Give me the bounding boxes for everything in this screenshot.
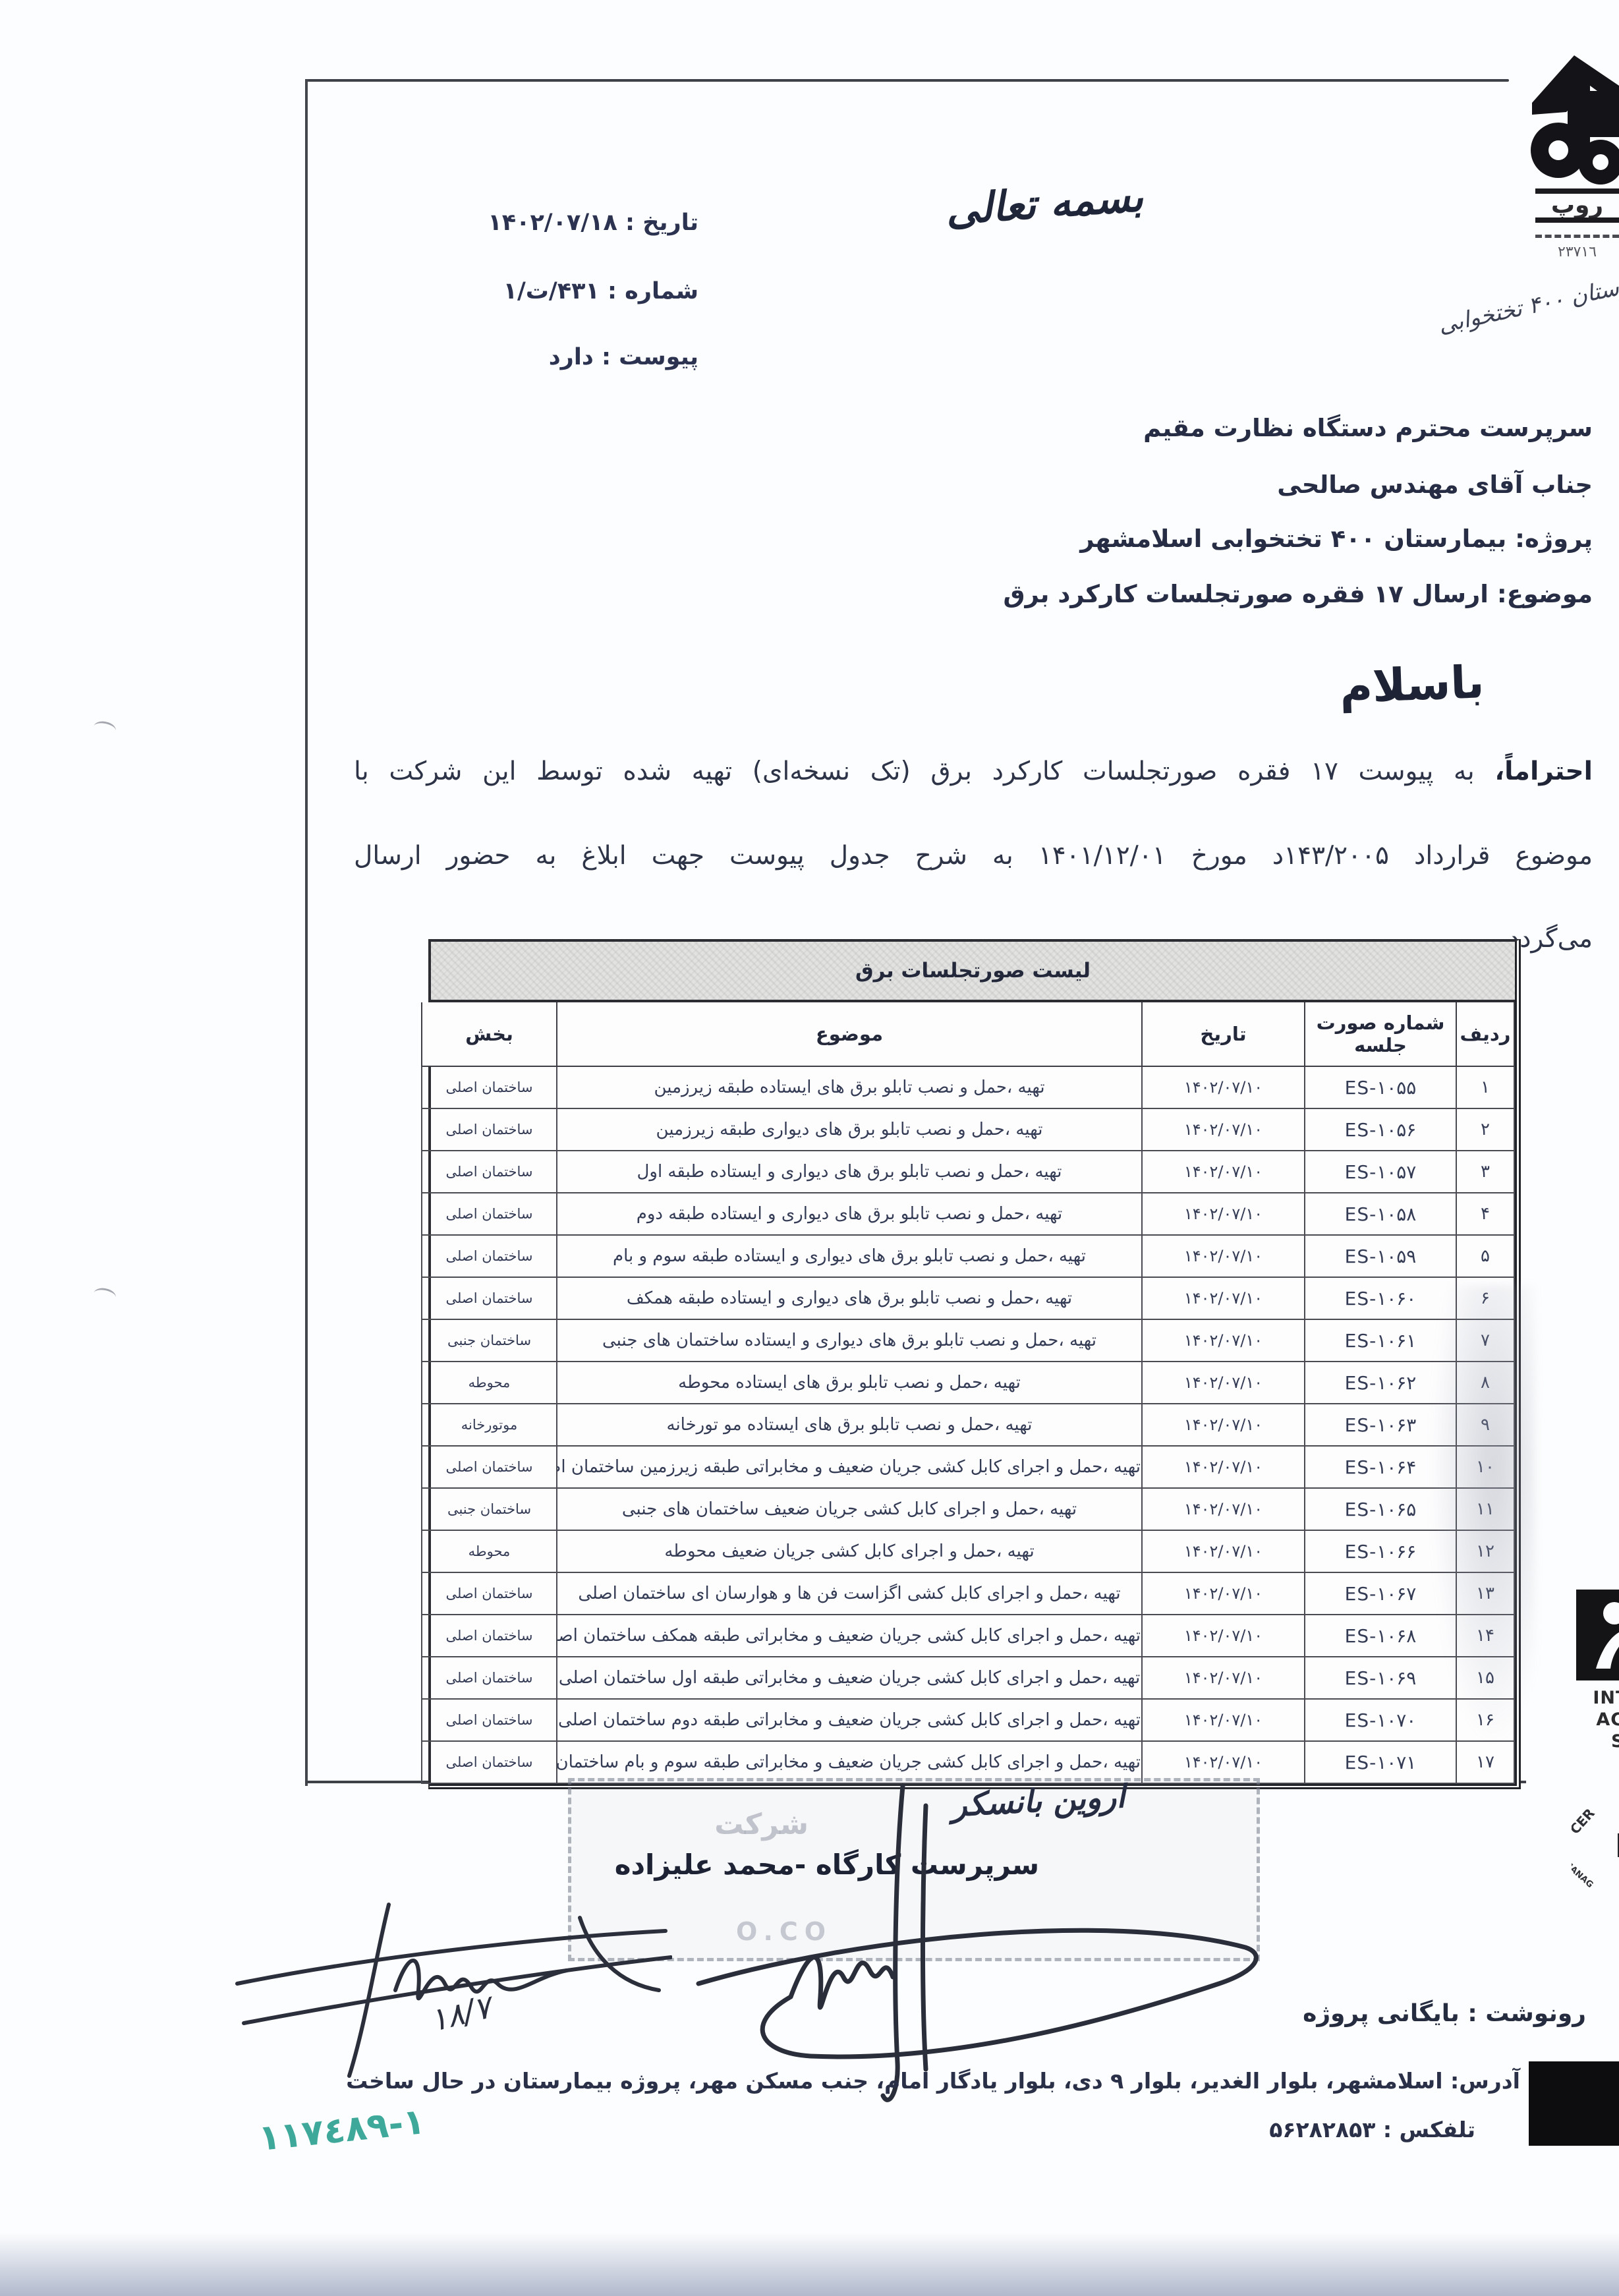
cell-session-no: ES-۱۰۶۷ xyxy=(1305,1572,1456,1615)
cell-date: ۱۴۰۲/۰۷/۱۰ xyxy=(1142,1404,1305,1446)
cell-row-no: ۲ xyxy=(1456,1108,1514,1151)
cell-session-no: ES-۱۰۵۵ xyxy=(1305,1066,1456,1108)
cell-session-no: ES-۱۰۷۰ xyxy=(1305,1699,1456,1741)
cell-date: ۱۴۰۲/۰۷/۱۰ xyxy=(1142,1488,1305,1530)
scan-shadow-band xyxy=(0,2233,1619,2296)
cell-date: ۱۴۰۲/۰۷/۱۰ xyxy=(1142,1066,1305,1108)
table-row: ۱۰ ES-۱۰۶۴ ۱۴۰۲/۰۷/۱۰ تهیه ،حمل و اجرای … xyxy=(422,1446,1514,1488)
cell-section: ساختمان اصلی xyxy=(422,1699,557,1741)
cell-row-no: ۱۵ xyxy=(1456,1657,1514,1699)
table-row: ۱۵ ES-۱۰۶۹ ۱۴۰۲/۰۷/۱۰ تهیه ،حمل و اجرای … xyxy=(422,1657,1514,1699)
table-row: ۱۴ ES-۱۰۶۸ ۱۴۰۲/۰۷/۱۰ تهیه ،حمل و اجرای … xyxy=(422,1615,1514,1657)
ias-caption: INTER ACCR SE xyxy=(1575,1687,1619,1752)
cell-subject: تهیه ،حمل و اجرای کابل کشی جریان ضعیف و … xyxy=(557,1699,1142,1741)
ias-caption-line3: SE xyxy=(1575,1731,1619,1752)
cell-date: ۱۴۰۲/۰۷/۱۰ xyxy=(1142,1151,1305,1193)
cell-section: ساختمان اصلی xyxy=(422,1615,557,1657)
cell-date: ۱۴۰۲/۰۷/۱۰ xyxy=(1142,1319,1305,1362)
cell-session-no: ES-۱۰۶۳ xyxy=(1305,1404,1456,1446)
besmele-calligraphy: بسمه تعالی xyxy=(918,171,1171,236)
cell-subject: تهیه ،حمل و اجرای کابل کشی جریان ضعیف و … xyxy=(557,1741,1142,1783)
cell-section: ساختمان اصلی xyxy=(422,1277,557,1319)
registration-number-partial: ۲۳۷۱٦ xyxy=(1535,244,1619,260)
col-header-subject: موضوع xyxy=(557,1002,1142,1066)
certification-stamp-icon: CER MANAG xyxy=(1572,1779,1619,1911)
cell-session-no: ES-۱۰۶۰ xyxy=(1305,1277,1456,1319)
cell-date: ۱۴۰۲/۰۷/۱۰ xyxy=(1142,1615,1305,1657)
cell-section: ساختمان اصلی xyxy=(422,1572,557,1615)
cell-date: ۱۴۰۲/۰۷/۱۰ xyxy=(1142,1530,1305,1572)
cell-session-no: ES-۱۰۶۸ xyxy=(1305,1615,1456,1657)
cell-session-no: ES-۱۰۷۱ xyxy=(1305,1741,1456,1783)
cell-section: ساختمان جنبی xyxy=(422,1488,557,1530)
table-row: ۲ ES-۱۰۵۶ ۱۴۰۲/۰۷/۱۰ تهیه ،حمل و نصب تاب… xyxy=(422,1108,1514,1151)
svg-text:CER: CER xyxy=(1572,1805,1598,1837)
cell-section: محوطه xyxy=(422,1530,557,1572)
cell-date: ۱۴۰۲/۰۷/۱۰ xyxy=(1142,1362,1305,1404)
cell-subject: تهیه ،حمل و نصب تابلو برق های ایستاده مو… xyxy=(557,1404,1142,1446)
cell-date: ۱۴۰۲/۰۷/۱۰ xyxy=(1142,1108,1305,1151)
cell-section: موتورخانه xyxy=(422,1404,557,1446)
body-line-2: موضوع قرارداد ۱۴۳/۲۰۰۵د مورخ ۱۴۰۱/۱۲/۰۱ … xyxy=(354,841,1593,871)
table-row: ۹ ES-۱۰۶۳ ۱۴۰۲/۰۷/۱۰ تهیه ،حمل و نصب تاب… xyxy=(422,1404,1514,1446)
ias-caption-line2: ACCR xyxy=(1575,1709,1619,1731)
handwritten-header-note: رستان ۴۰۰ تختخوابی xyxy=(1471,272,1619,331)
page-frame-top-border xyxy=(307,79,1509,82)
cell-subject: تهیه ،حمل و نصب تابلو برق های دیواری و ا… xyxy=(557,1319,1142,1362)
col-header-section: بخش xyxy=(422,1002,557,1066)
cell-date: ۱۴۰۲/۰۷/۱۰ xyxy=(1142,1446,1305,1488)
table-row: ۱۶ ES-۱۰۷۰ ۱۴۰۲/۰۷/۱۰ تهیه ،حمل و اجرای … xyxy=(422,1699,1514,1741)
cell-row-no: ۸ xyxy=(1456,1362,1514,1404)
handwritten-date-note: ۱۸/۷ xyxy=(426,1989,495,2040)
cell-subject: تهیه ،حمل و نصب تابلو برق های دیواری و ا… xyxy=(557,1193,1142,1235)
table-row: ۷ ES-۱۰۶۱ ۱۴۰۲/۰۷/۱۰ تهیه ،حمل و نصب تاب… xyxy=(422,1319,1514,1362)
table-row: ۴ ES-۱۰۵۸ ۱۴۰۲/۰۷/۱۰ تهیه ،حمل و نصب تاب… xyxy=(422,1193,1514,1235)
cell-section: ساختمان اصلی xyxy=(422,1066,557,1108)
site-supervisor-line: سرپرست کارگاه -محمد علیزاده xyxy=(615,1849,1039,1881)
cell-row-no: ۱۷ xyxy=(1456,1741,1514,1783)
pen-mark-artifact xyxy=(92,1286,117,1305)
cell-subject: تهیه ،حمل و اجرای کابل کشی جریان ضعیف و … xyxy=(557,1657,1142,1699)
letter-attachment: پیوست : دارد xyxy=(549,344,698,370)
cell-session-no: ES-۱۰۶۹ xyxy=(1305,1657,1456,1699)
project-line: پروژه: بیمارستان ۴۰۰ تختخوابی اسلامشهر xyxy=(1080,525,1593,553)
cell-session-no: ES-۱۰۵۸ xyxy=(1305,1193,1456,1235)
address-line: آدرس: اسلامشهر، بلوار الغدیر، بلوار ۹ دی… xyxy=(346,2068,1520,2094)
cell-date: ۱۴۰۲/۰۷/۱۰ xyxy=(1142,1741,1305,1783)
cell-section: ساختمان جنبی xyxy=(422,1319,557,1362)
cell-date: ۱۴۰۲/۰۷/۱۰ xyxy=(1142,1699,1305,1741)
cell-row-no: ۱۰ xyxy=(1456,1446,1514,1488)
cell-date: ۱۴۰۲/۰۷/۱۰ xyxy=(1142,1193,1305,1235)
cell-date: ۱۴۰۲/۰۷/۱۰ xyxy=(1142,1277,1305,1319)
cell-row-no: ۷ xyxy=(1456,1319,1514,1362)
table-row: ۶ ES-۱۰۶۰ ۱۴۰۲/۰۷/۱۰ تهیه ،حمل و نصب تاب… xyxy=(422,1277,1514,1319)
letter-number: شماره : ۴۳۱/ت/۱ xyxy=(503,278,698,304)
table-row: ۱۷ ES-۱۰۷۱ ۱۴۰۲/۰۷/۱۰ تهیه ،حمل و اجرای … xyxy=(422,1741,1514,1783)
scan-black-box-artifact xyxy=(1529,2061,1619,2146)
cell-row-no: ۱۳ xyxy=(1456,1572,1514,1615)
cell-session-no: ES-۱۰۵۷ xyxy=(1305,1151,1456,1193)
company-logo-icon xyxy=(1527,51,1619,193)
cell-section: ساختمان اصلی xyxy=(422,1741,557,1783)
cell-subject: تهیه ،حمل و نصب تابلو برق های دیواری و ا… xyxy=(557,1277,1142,1319)
cell-section: ساختمان اصلی xyxy=(422,1657,557,1699)
sessions-table-grid: ردیف شماره صورت جلسه تاریخ موضوع بخش ۱ E… xyxy=(421,1002,1515,1784)
cell-session-no: ES-۱۰۵۹ xyxy=(1305,1235,1456,1277)
cell-subject: تهیه ،حمل و اجرای کابل کشی اگزاست فن ها … xyxy=(557,1572,1142,1615)
table-row: ۳ ES-۱۰۵۷ ۱۴۰۲/۰۷/۱۰ تهیه ،حمل و نصب تاب… xyxy=(422,1151,1514,1193)
stamp-co-suffix-faded: O.CO xyxy=(736,1917,832,1946)
cell-row-no: ۳ xyxy=(1456,1151,1514,1193)
cell-subject: تهیه ،حمل و اجرای کابل کشی جریان ضعیف و … xyxy=(557,1446,1142,1488)
cell-section: ساختمان اصلی xyxy=(422,1108,557,1151)
cell-session-no: ES-۱۰۶۲ xyxy=(1305,1362,1456,1404)
cell-row-no: ۱۶ xyxy=(1456,1699,1514,1741)
cell-session-no: ES-۱۰۵۶ xyxy=(1305,1108,1456,1151)
table-row: ۸ ES-۱۰۶۲ ۱۴۰۲/۰۷/۱۰ تهیه ،حمل و نصب تاب… xyxy=(422,1362,1514,1404)
table-header-row: ردیف شماره صورت جلسه تاریخ موضوع بخش xyxy=(422,1002,1514,1066)
cell-section: محوطه xyxy=(422,1362,557,1404)
cell-session-no: ES-۱۰۶۵ xyxy=(1305,1488,1456,1530)
cell-subject: تهیه ،حمل و اجرای کابل کشی جریان ضعیف مح… xyxy=(557,1530,1142,1572)
subject-line: موضوع: ارسال ۱۷ فقره صورتجلسات کارکرد بر… xyxy=(1003,580,1593,608)
body-line-1-rest: به پیوست ۱۷ فقره صورتجلسات کارکرد برق (ت… xyxy=(354,757,1494,786)
stamp-company-word-faded: شرکت xyxy=(714,1808,809,1841)
table-row: ۱۱ ES-۱۰۶۵ ۱۴۰۲/۰۷/۱۰ تهیه ،حمل و اجرای … xyxy=(422,1488,1514,1530)
cell-row-no: ۴ xyxy=(1456,1193,1514,1235)
scanned-letter-page: بسمه تعالی تاریخ : ۱۴۰۲/۰۷/۱۸ شماره : ۴۳… xyxy=(0,0,1619,2296)
cell-subject: تهیه ،حمل و نصب تابلو برق های دیواری طبق… xyxy=(557,1108,1142,1151)
col-header-date: تاریخ xyxy=(1142,1002,1305,1066)
cell-date: ۱۴۰۲/۰۷/۱۰ xyxy=(1142,1572,1305,1615)
stamp-handwritten-name: اروین بانسکر xyxy=(950,1778,1125,1824)
cell-row-no: ۱ xyxy=(1456,1066,1514,1108)
recipient-title: سرپرست محترم دستگاه نظارت مقیم xyxy=(1143,414,1593,442)
company-name-partial: روپ xyxy=(1535,192,1619,219)
cell-row-no: ۱۴ xyxy=(1456,1615,1514,1657)
cell-section: ساختمان اصلی xyxy=(422,1193,557,1235)
cell-session-no: ES-۱۰۶۱ xyxy=(1305,1319,1456,1362)
cell-section: ساختمان اصلی xyxy=(422,1235,557,1277)
cell-date: ۱۴۰۲/۰۷/۱۰ xyxy=(1142,1657,1305,1699)
table-title: لیست صورتجلسات برق xyxy=(431,942,1515,1002)
letter-date: تاریخ : ۱۴۰۲/۰۷/۱۸ xyxy=(488,210,698,236)
table-row: ۱۳ ES-۱۰۶۷ ۱۴۰۲/۰۷/۱۰ تهیه ،حمل و اجرای … xyxy=(422,1572,1514,1615)
cell-section: ساختمان اصلی xyxy=(422,1446,557,1488)
body-lead-word: احتراماً، xyxy=(1494,757,1593,786)
col-header-row-no: ردیف xyxy=(1456,1002,1514,1066)
page-frame-left-border xyxy=(305,79,308,1786)
ias-caption-line1: INTER xyxy=(1575,1687,1619,1709)
table-body: ۱ ES-۱۰۵۵ ۱۴۰۲/۰۷/۱۰ تهیه ،حمل و نصب تاب… xyxy=(422,1066,1514,1783)
cell-date: ۱۴۰۲/۰۷/۱۰ xyxy=(1142,1235,1305,1277)
recipient-name: جناب آقای مهندس صالحی xyxy=(1277,471,1593,499)
logo-dashed-rule xyxy=(1535,235,1619,238)
cell-row-no: ۱۱ xyxy=(1456,1488,1514,1530)
cell-row-no: ۹ xyxy=(1456,1404,1514,1446)
cell-session-no: ES-۱۰۶۴ xyxy=(1305,1446,1456,1488)
logo-rule-bottom xyxy=(1535,217,1619,223)
table-row: ۱ ES-۱۰۵۵ ۱۴۰۲/۰۷/۱۰ تهیه ،حمل و نصب تاب… xyxy=(422,1066,1514,1108)
cell-session-no: ES-۱۰۶۶ xyxy=(1305,1530,1456,1572)
body-line-1: احتراماً، به پیوست ۱۷ فقره صورتجلسات کار… xyxy=(354,757,1593,786)
telefax-line: تلفکس : ۵۶۲۸۲۸۵۳ xyxy=(1269,2117,1475,2142)
salutation: باسلام xyxy=(1338,656,1485,714)
sessions-table: لیست صورتجلسات برق ردیف شماره صورت جلسه … xyxy=(428,939,1521,1789)
cell-row-no: ۵ xyxy=(1456,1235,1514,1277)
col-header-session-no: شماره صورت جلسه xyxy=(1305,1002,1456,1066)
cell-subject: تهیه ،حمل و نصب تابلو برق های دیواری و ا… xyxy=(557,1235,1142,1277)
cell-subject: تهیه ،حمل و نصب تابلو برق های دیواری و ا… xyxy=(557,1151,1142,1193)
cell-subject: تهیه ،حمل و اجرای کابل کشی جریان ضعیف و … xyxy=(557,1615,1142,1657)
cell-subject: تهیه ،حمل و نصب تابلو برق های ایستاده مح… xyxy=(557,1362,1142,1404)
pen-mark-artifact xyxy=(92,720,117,738)
table-row: ۱۲ ES-۱۰۶۶ ۱۴۰۲/۰۷/۱۰ تهیه ،حمل و اجرای … xyxy=(422,1530,1514,1572)
cell-subject: تهیه ،حمل و نصب تابلو برق های ایستاده طب… xyxy=(557,1066,1142,1108)
cell-row-no: ۶ xyxy=(1456,1277,1514,1319)
copy-to-line: رونوشت : بایگانی پروژه xyxy=(1303,2000,1586,2027)
company-stamp: اروین بانسکر شرکت سرپرست کارگاه -محمد عل… xyxy=(568,1778,1260,1961)
cell-subject: تهیه ،حمل و اجرای کابل کشی جریان ضعیف سا… xyxy=(557,1488,1142,1530)
cell-row-no: ۱۲ xyxy=(1456,1530,1514,1572)
ias-accreditation-icon xyxy=(1576,1590,1619,1680)
table-row: ۵ ES-۱۰۵۹ ۱۴۰۲/۰۷/۱۰ تهیه ،حمل و نصب تاب… xyxy=(422,1235,1514,1277)
svg-text:MANAG: MANAG xyxy=(1572,1858,1595,1890)
archive-number-handwritten: ۱۱۷٤۸۹-۱ xyxy=(256,2100,426,2159)
cell-section: ساختمان اصلی xyxy=(422,1151,557,1193)
